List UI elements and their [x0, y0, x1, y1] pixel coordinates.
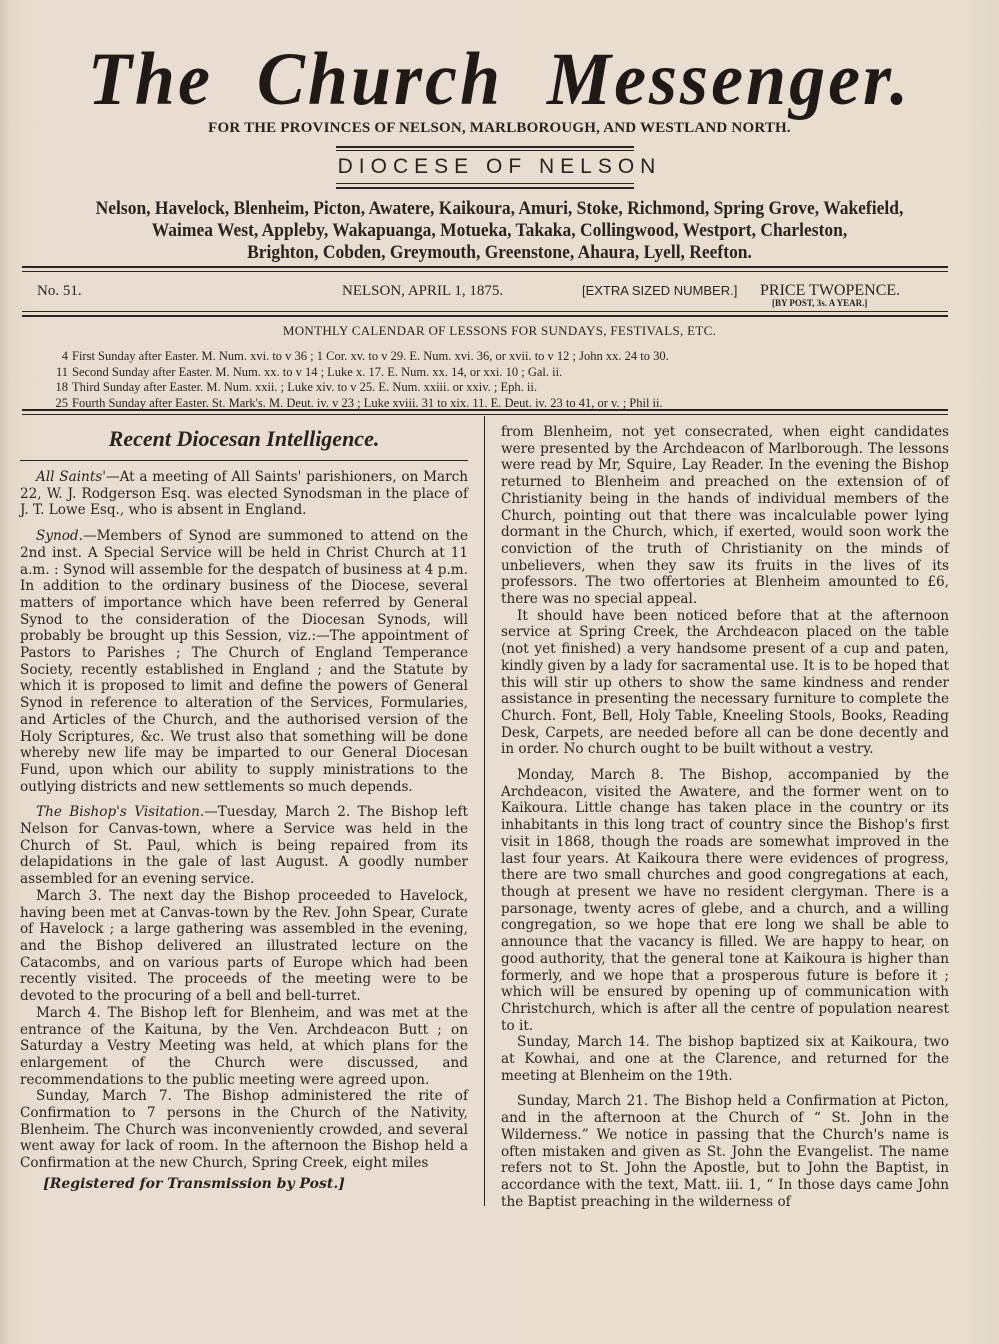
masthead-word: Church [257, 36, 503, 123]
calendar-text: First Sunday after Easter. M. Num. xvi. … [72, 349, 669, 363]
divider [22, 311, 948, 312]
calendar-title: MONTHLY CALENDAR OF LESSONS FOR SUNDAYS,… [0, 323, 999, 339]
issue-date: NELSON, APRIL 1, 1875. [342, 283, 503, 300]
diocese-heading: DIOCESE OF NELSON [0, 155, 999, 179]
parish-list: Nelson, Havelock, Blenheim, Picton, Awat… [40, 198, 959, 264]
divider [22, 409, 948, 411]
article-paragraph: Synod.—Members of Synod are summoned to … [20, 528, 468, 795]
calendar-day: 18 [50, 380, 68, 396]
paragraph-lead: The Bishop's Visitation. [36, 804, 204, 820]
column-divider [484, 416, 485, 1206]
article-paragraph: from Blenheim, not yet consecrated, when… [501, 424, 949, 608]
paragraph-lead: Synod. [36, 528, 83, 544]
issue-number: No. 51. [37, 283, 82, 300]
article-paragraph: Sunday, March 7. The Bishop administered… [20, 1088, 468, 1172]
calendar-day: 4 [50, 349, 68, 365]
article-paragraph: The Bishop's Visitation.—Tuesday, March … [20, 804, 468, 888]
calendar-text: Third Sunday after Easter. M. Num. xxii.… [72, 380, 537, 394]
article-paragraph: Sunday, March 14. The bishop baptized si… [501, 1034, 949, 1084]
article-paragraph: Monday, March 8. The Bishop, accompanied… [501, 767, 949, 1034]
divider [20, 460, 468, 461]
article-column-left: Recent Diocesan Intelligence. All Saints… [20, 420, 468, 1193]
article-title: Recent Diocesan Intelligence. [20, 424, 468, 454]
divider [336, 187, 634, 189]
divider [22, 271, 948, 272]
paragraph-text: —Members of Synod are summoned to attend… [20, 528, 468, 795]
masthead-word: Messenger. [547, 36, 911, 123]
calendar-row: 18Third Sunday after Easter. M. Num. xxi… [50, 380, 950, 396]
issue-info-bar: No. 51. NELSON, APRIL 1, 1875. [EXTRA SI… [0, 277, 999, 307]
calendar-day: 11 [50, 365, 68, 381]
article-paragraph: It should have been noticed before that … [501, 608, 949, 758]
calendar-row: 4First Sunday after Easter. M. Num. xvi.… [50, 349, 950, 365]
article-paragraph: Sunday, March 21. The Bishop held a Conf… [501, 1093, 949, 1210]
newspaper-page: TheChurchMessenger. FOR THE PROVINCES OF… [0, 0, 999, 1344]
calendar-row: 11Second Sunday after Easter. M. Num. xx… [50, 365, 950, 381]
article-paragraph: March 4. The Bishop left for Blenheim, a… [20, 1005, 468, 1089]
article-column-right: from Blenheim, not yet consecrated, when… [501, 424, 949, 1210]
lessons-calendar: 4First Sunday after Easter. M. Num. xvi.… [50, 349, 950, 411]
parish-line: Waimea West, Appleby, Wakapuanga, Motuek… [40, 220, 959, 242]
divider [336, 146, 634, 148]
parish-line: Nelson, Havelock, Blenheim, Picton, Awat… [40, 198, 959, 220]
parish-line: Brighton, Cobden, Greymouth, Greenstone,… [40, 242, 959, 264]
postal-registration-note: [Registered for Transmission by Post.] [20, 1176, 468, 1193]
divider [22, 414, 948, 415]
post-price: [BY POST, 3s. A YEAR.] [772, 298, 867, 308]
paragraph-lead: All Saints' [36, 469, 106, 485]
divider [336, 183, 634, 184]
article-paragraph: All Saints'—At a meeting of All Saints' … [20, 469, 468, 519]
provinces-subtitle: FOR THE PROVINCES OF NELSON, MARLBOROUGH… [0, 120, 999, 137]
masthead-title: TheChurchMessenger. [0, 36, 999, 123]
edition-note: [EXTRA SIZED NUMBER.] [582, 283, 737, 298]
divider [22, 315, 948, 317]
calendar-text: Second Sunday after Easter. M. Num. xx. … [72, 365, 562, 379]
divider [22, 266, 948, 268]
divider [336, 150, 634, 151]
article-paragraph: March 3. The next day the Bishop proceed… [20, 888, 468, 1005]
masthead-word: The [88, 36, 213, 123]
calendar-text: Fourth Sunday after Easter. St. Mark's. … [72, 396, 663, 410]
